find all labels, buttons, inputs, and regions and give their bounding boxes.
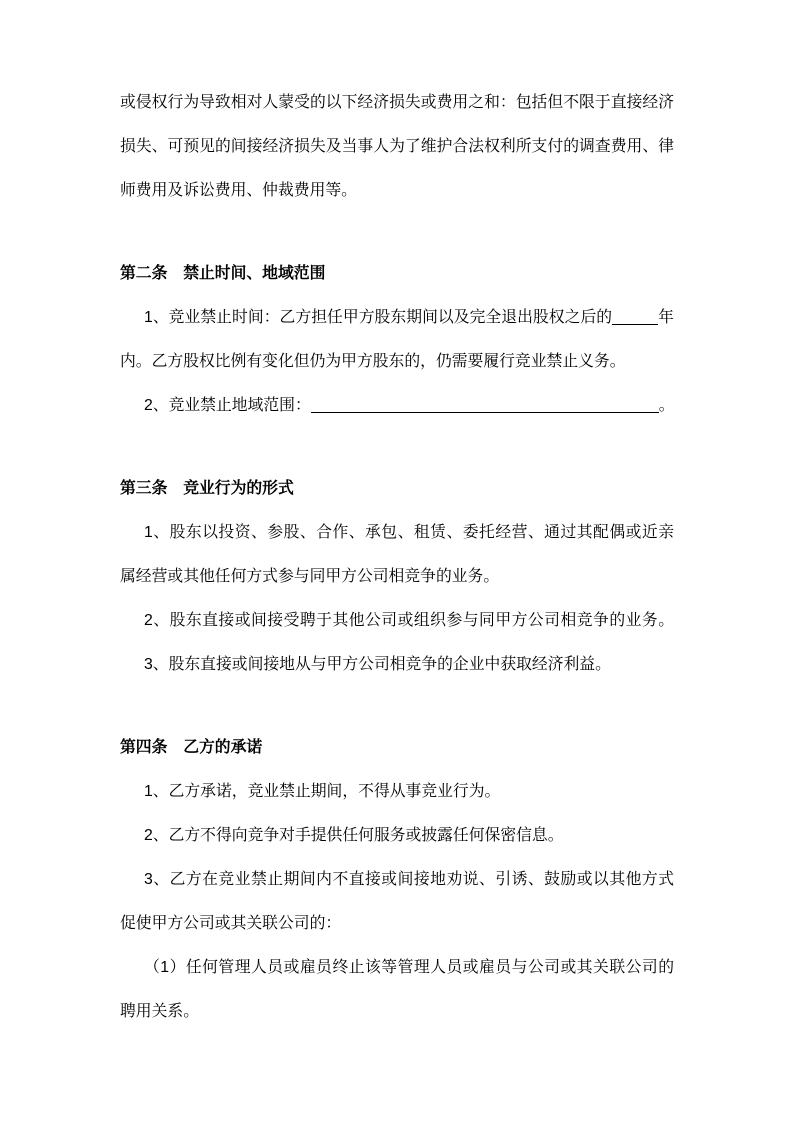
fill-in-blank-years (612, 306, 658, 325)
article-2-heading: 第二条 禁止时间、地域范围 (120, 252, 674, 296)
article-4-clause-1: 1、乙方承诺，竞业禁止期间，不得从事竞业行为。 (120, 770, 674, 814)
article-4-subclause-1-line-2: 聘用关系。 (120, 990, 674, 1034)
section-article-4: 第四条 乙方的承诺 1、乙方承诺，竞业禁止期间，不得从事竞业行为。 2、乙方不得… (120, 726, 674, 1034)
article-4-clause-3-line-2: 促使甲方公司或其关联公司的： (120, 902, 674, 946)
fill-in-blank-region (311, 394, 659, 413)
article-4-clause-3-line-1: 3、乙方在竞业禁止期间内不直接或间接地劝说、引诱、鼓励或以其他方式 (120, 858, 674, 902)
clause-text: 年 (658, 309, 674, 326)
intro-line-3: 师费用及诉讼费用、仲裁费用等。 (120, 169, 674, 213)
article-4-subclause-1-line-1: （1）任何管理人员或雇员终止该等管理人员或雇员与公司或其关联公司的 (120, 946, 674, 990)
article-2-clause-1-line-1: 1、竞业禁止时间：乙方担任甲方股东期间以及完全退出股权之后的年 (120, 296, 674, 340)
intro-paragraph: 或侵权行为导致相对人蒙受的以下经济损失或费用之和：包括但不限于直接经济 损失、可… (120, 81, 674, 213)
article-3-clause-2: 2、股东直接或间接受聘于其他公司或组织参与同甲方公司相竞争的业务。 (120, 599, 674, 643)
article-3-heading: 第三条 竞业行为的形式 (120, 467, 674, 511)
article-3-clause-1-line-2: 属经营或其他任何方式参与同甲方公司相竞争的业务。 (120, 555, 674, 599)
article-3-clause-1-line-1: 1、股东以投资、参股、合作、承包、租赁、委托经营、通过其配偶或近亲 (120, 511, 674, 555)
clause-text: 。 (659, 397, 675, 414)
intro-line-1: 或侵权行为导致相对人蒙受的以下经济损失或费用之和：包括但不限于直接经济 (120, 81, 674, 125)
article-2-clause-2: 2、竞业禁止地域范围：。 (120, 384, 674, 428)
section-article-2: 第二条 禁止时间、地域范围 1、竞业禁止时间：乙方担任甲方股东期间以及完全退出股… (120, 252, 674, 428)
section-article-3: 第三条 竞业行为的形式 1、股东以投资、参股、合作、承包、租赁、委托经营、通过其… (120, 467, 674, 687)
article-3-clause-3: 3、股东直接或间接地从与甲方公司相竞争的企业中获取经济利益。 (120, 643, 674, 687)
intro-line-2: 损失、可预见的间接经济损失及当事人为了维护合法权利所支付的调查费用、律 (120, 125, 674, 169)
clause-text: 1、竞业禁止时间：乙方担任甲方股东期间以及完全退出股权之后的 (144, 309, 612, 326)
document-page: 或侵权行为导致相对人蒙受的以下经济损失或费用之和：包括但不限于直接经济 损失、可… (0, 0, 793, 1122)
article-2-clause-1-line-2: 内。乙方股权比例有变化但仍为甲方股东的，仍需要履行竞业禁止义务。 (120, 340, 674, 384)
article-4-clause-2: 2、乙方不得向竞争对手提供任何服务或披露任何保密信息。 (120, 814, 674, 858)
clause-text: 2、竞业禁止地域范围： (144, 397, 311, 414)
article-4-heading: 第四条 乙方的承诺 (120, 726, 674, 770)
